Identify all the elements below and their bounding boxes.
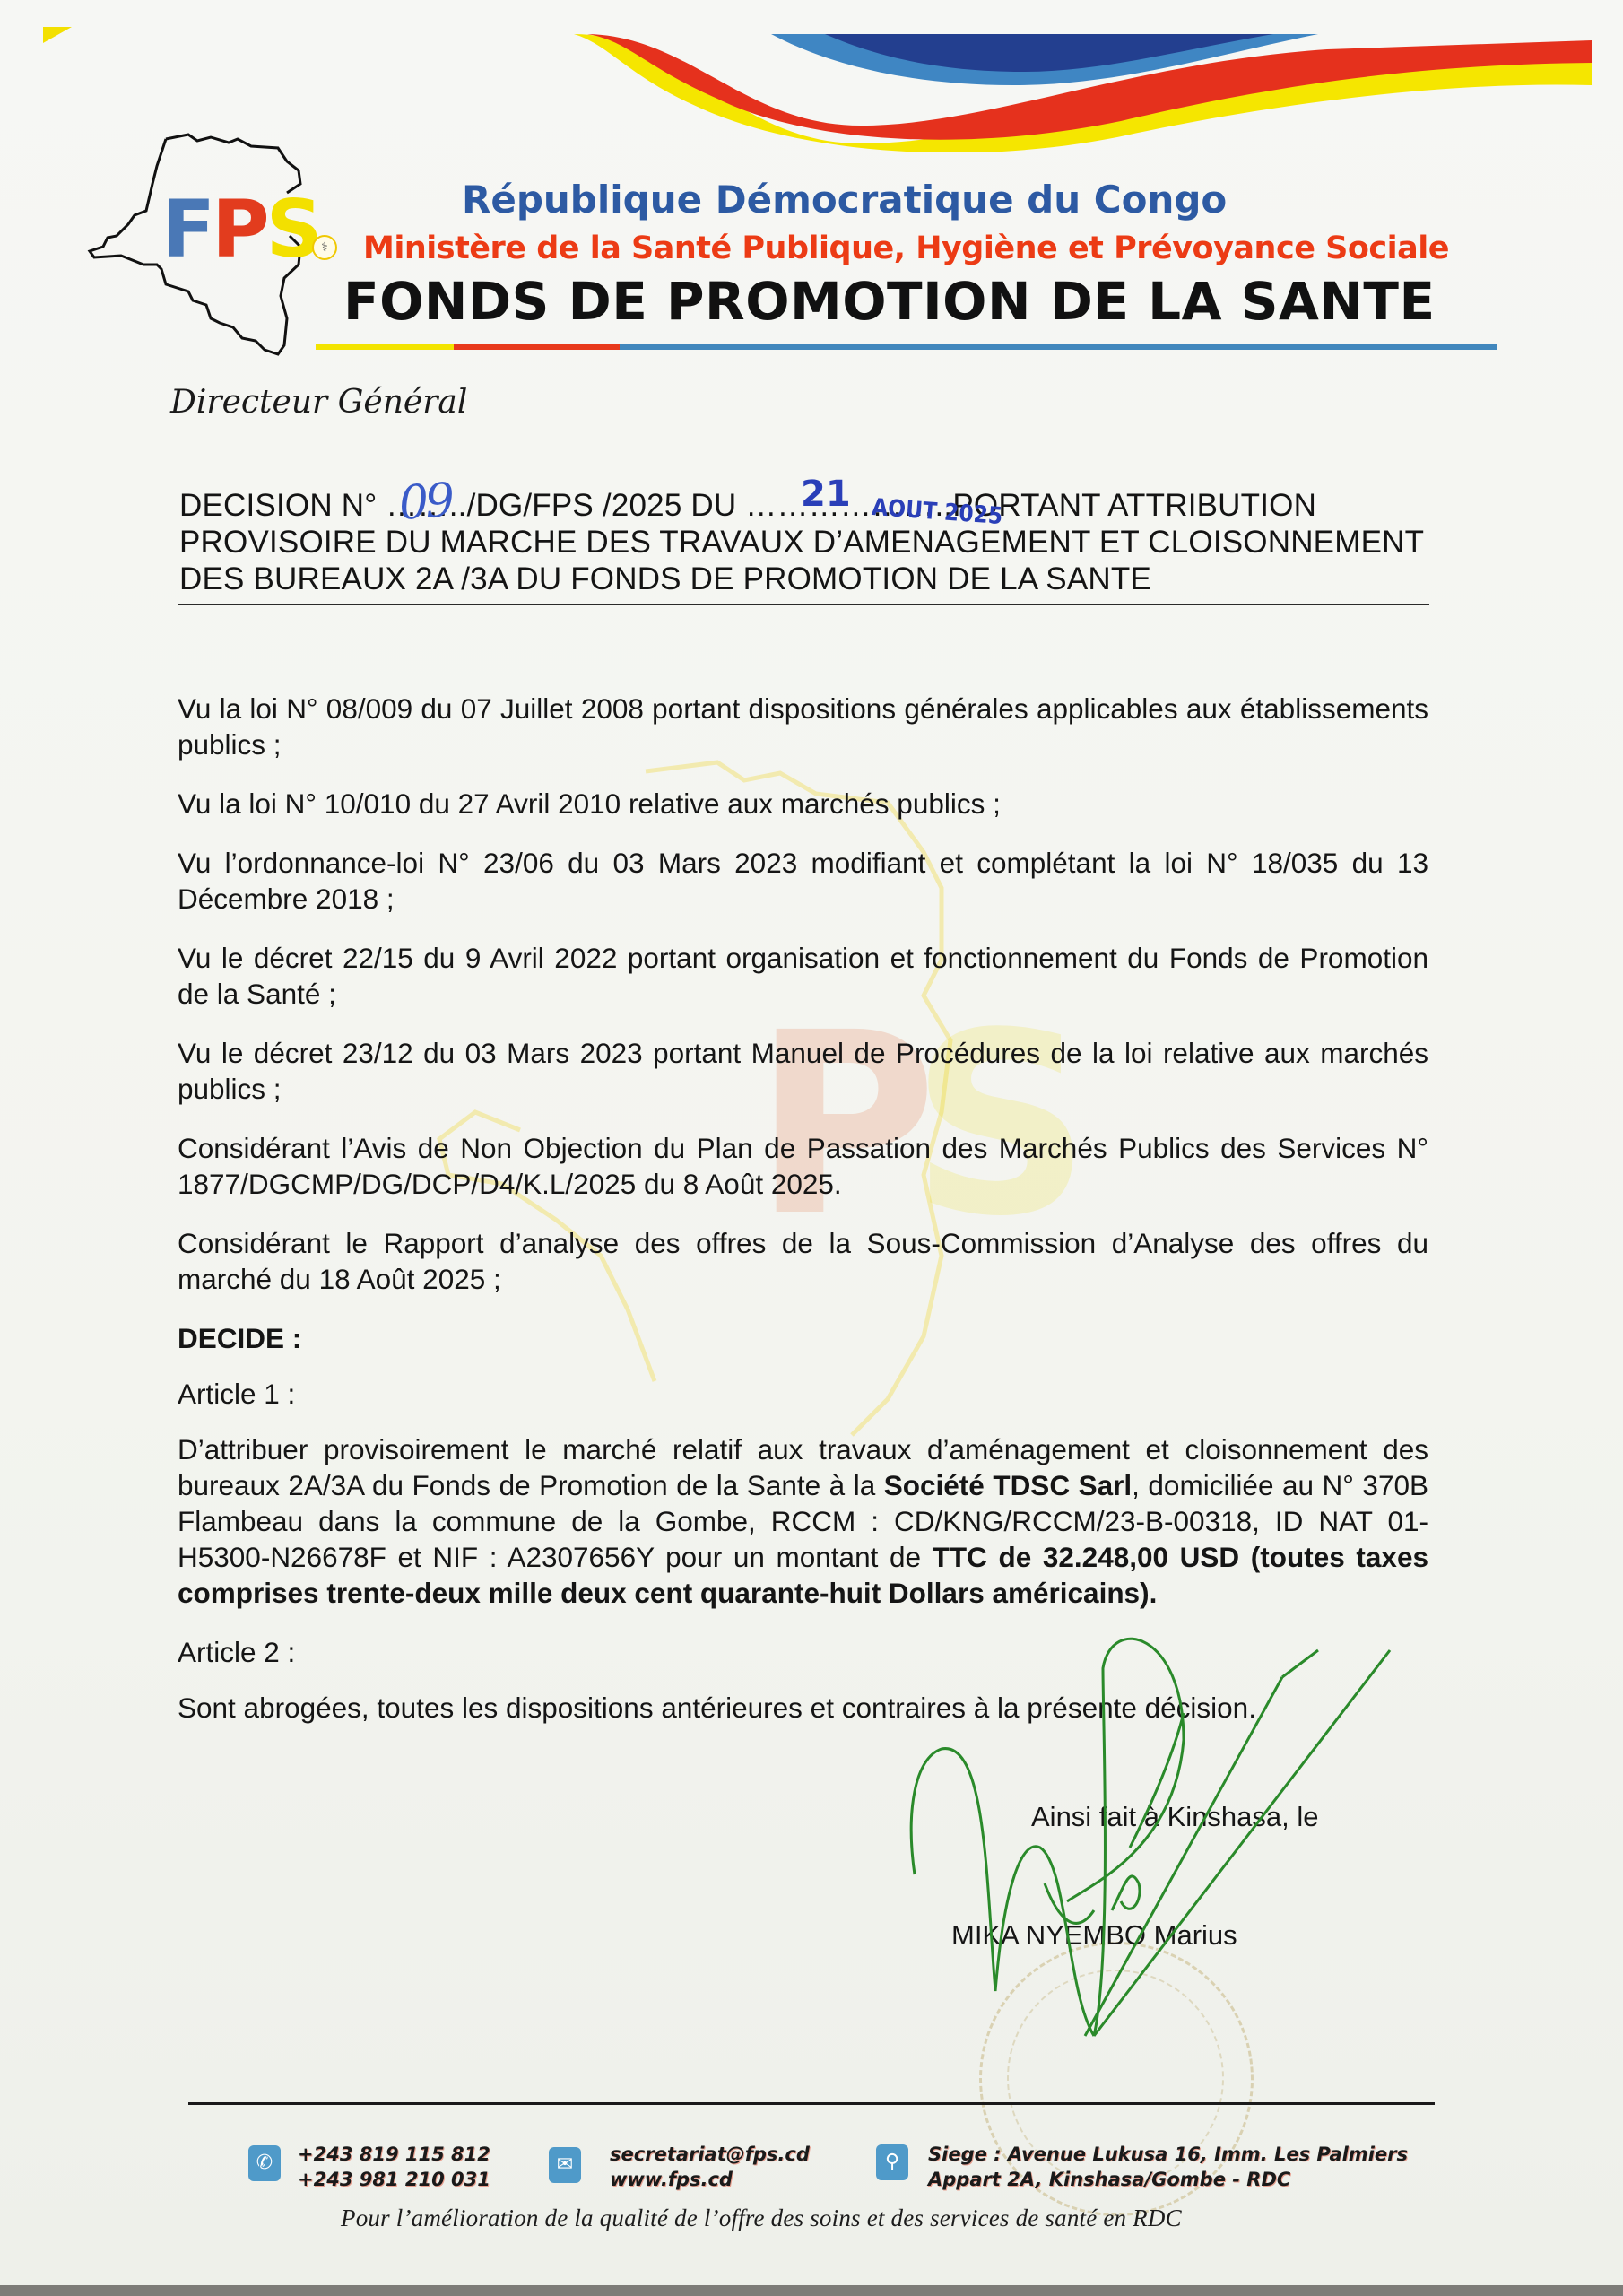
fps-logo: FPS	[161, 190, 319, 269]
footer-phones: +243 819 115 812 +243 981 210 031	[298, 2142, 490, 2192]
decision-title-line2: PROVISOIRE DU MARCHE DES TRAVAUX D’AMENA…	[179, 524, 1430, 561]
mail-icon: ✉	[549, 2147, 581, 2183]
email-link[interactable]: secretariat@fps.cd	[610, 2142, 810, 2167]
footer-contacts: secretariat@fps.cd www.fps.cd	[610, 2142, 810, 2192]
footer-address: Siege : Avenue Lukusa 16, Imm. Les Palmi…	[928, 2142, 1408, 2192]
organization-heading: FONDS DE PROMOTION DE LA SANTE	[343, 271, 1436, 332]
decide-heading: DECIDE :	[178, 1320, 1428, 1356]
website-link[interactable]: www.fps.cd	[610, 2167, 810, 2192]
flag-underline-yellow	[316, 344, 456, 350]
phone-number[interactable]: +243 819 115 812	[298, 2142, 490, 2167]
article-1-text: D’attribuer provisoirement le marché rel…	[178, 1431, 1428, 1611]
consideration: Vu la loi N° 08/009 du 07 Juillet 2008 p…	[178, 691, 1428, 762]
article-1-label: Article 1 :	[178, 1376, 1428, 1412]
phone-icon: ✆	[248, 2145, 281, 2181]
flag-underline-red	[454, 344, 621, 350]
title-divider	[178, 604, 1429, 605]
phone-number[interactable]: +243 981 210 031	[298, 2167, 490, 2192]
consideration: Vu le décret 22/15 du 9 Avril 2022 porta…	[178, 940, 1428, 1012]
consideration: Vu le décret 23/12 du 03 Mars 2023 porta…	[178, 1035, 1428, 1107]
handwritten-signature	[888, 1614, 1569, 2045]
decision-body: Vu la loi N° 08/009 du 07 Juillet 2008 p…	[178, 691, 1428, 1749]
decision-title-line3: DES BUREAUX 2A /3A DU FONDS DE PROMOTION…	[179, 561, 1430, 597]
consideration: Considérant l’Avis de Non Objection du P…	[178, 1130, 1428, 1202]
consideration: Vu la loi N° 10/010 du 27 Avril 2010 rel…	[178, 786, 1428, 822]
handwritten-decision-number: 09	[397, 474, 453, 531]
consideration: Considérant le Rapport d’analyse des off…	[178, 1225, 1428, 1297]
flag-underline-blue	[620, 344, 1497, 350]
footer-divider	[188, 2102, 1435, 2105]
stethoscope-icon: ⚕	[312, 235, 337, 260]
country-heading: République Démocratique du Congo	[462, 178, 1227, 222]
scan-edge	[0, 2285, 1623, 2296]
footer-motto: Pour l’amélioration de la qualité de l’o…	[341, 2205, 1182, 2232]
consideration: Vu l’ordonnance-loi N° 23/06 du 03 Mars …	[178, 845, 1428, 917]
ministry-heading: Ministère de la Santé Publique, Hygiène …	[363, 230, 1449, 266]
location-pin-icon: ⚲	[876, 2144, 908, 2180]
stamped-day: 21	[801, 474, 851, 515]
document-page: FPS ⚕ République Démocratique du Congo M…	[0, 0, 1623, 2296]
awarded-company: Société TDSC Sarl	[884, 1469, 1132, 1501]
office-title: Directeur Général	[170, 384, 467, 421]
